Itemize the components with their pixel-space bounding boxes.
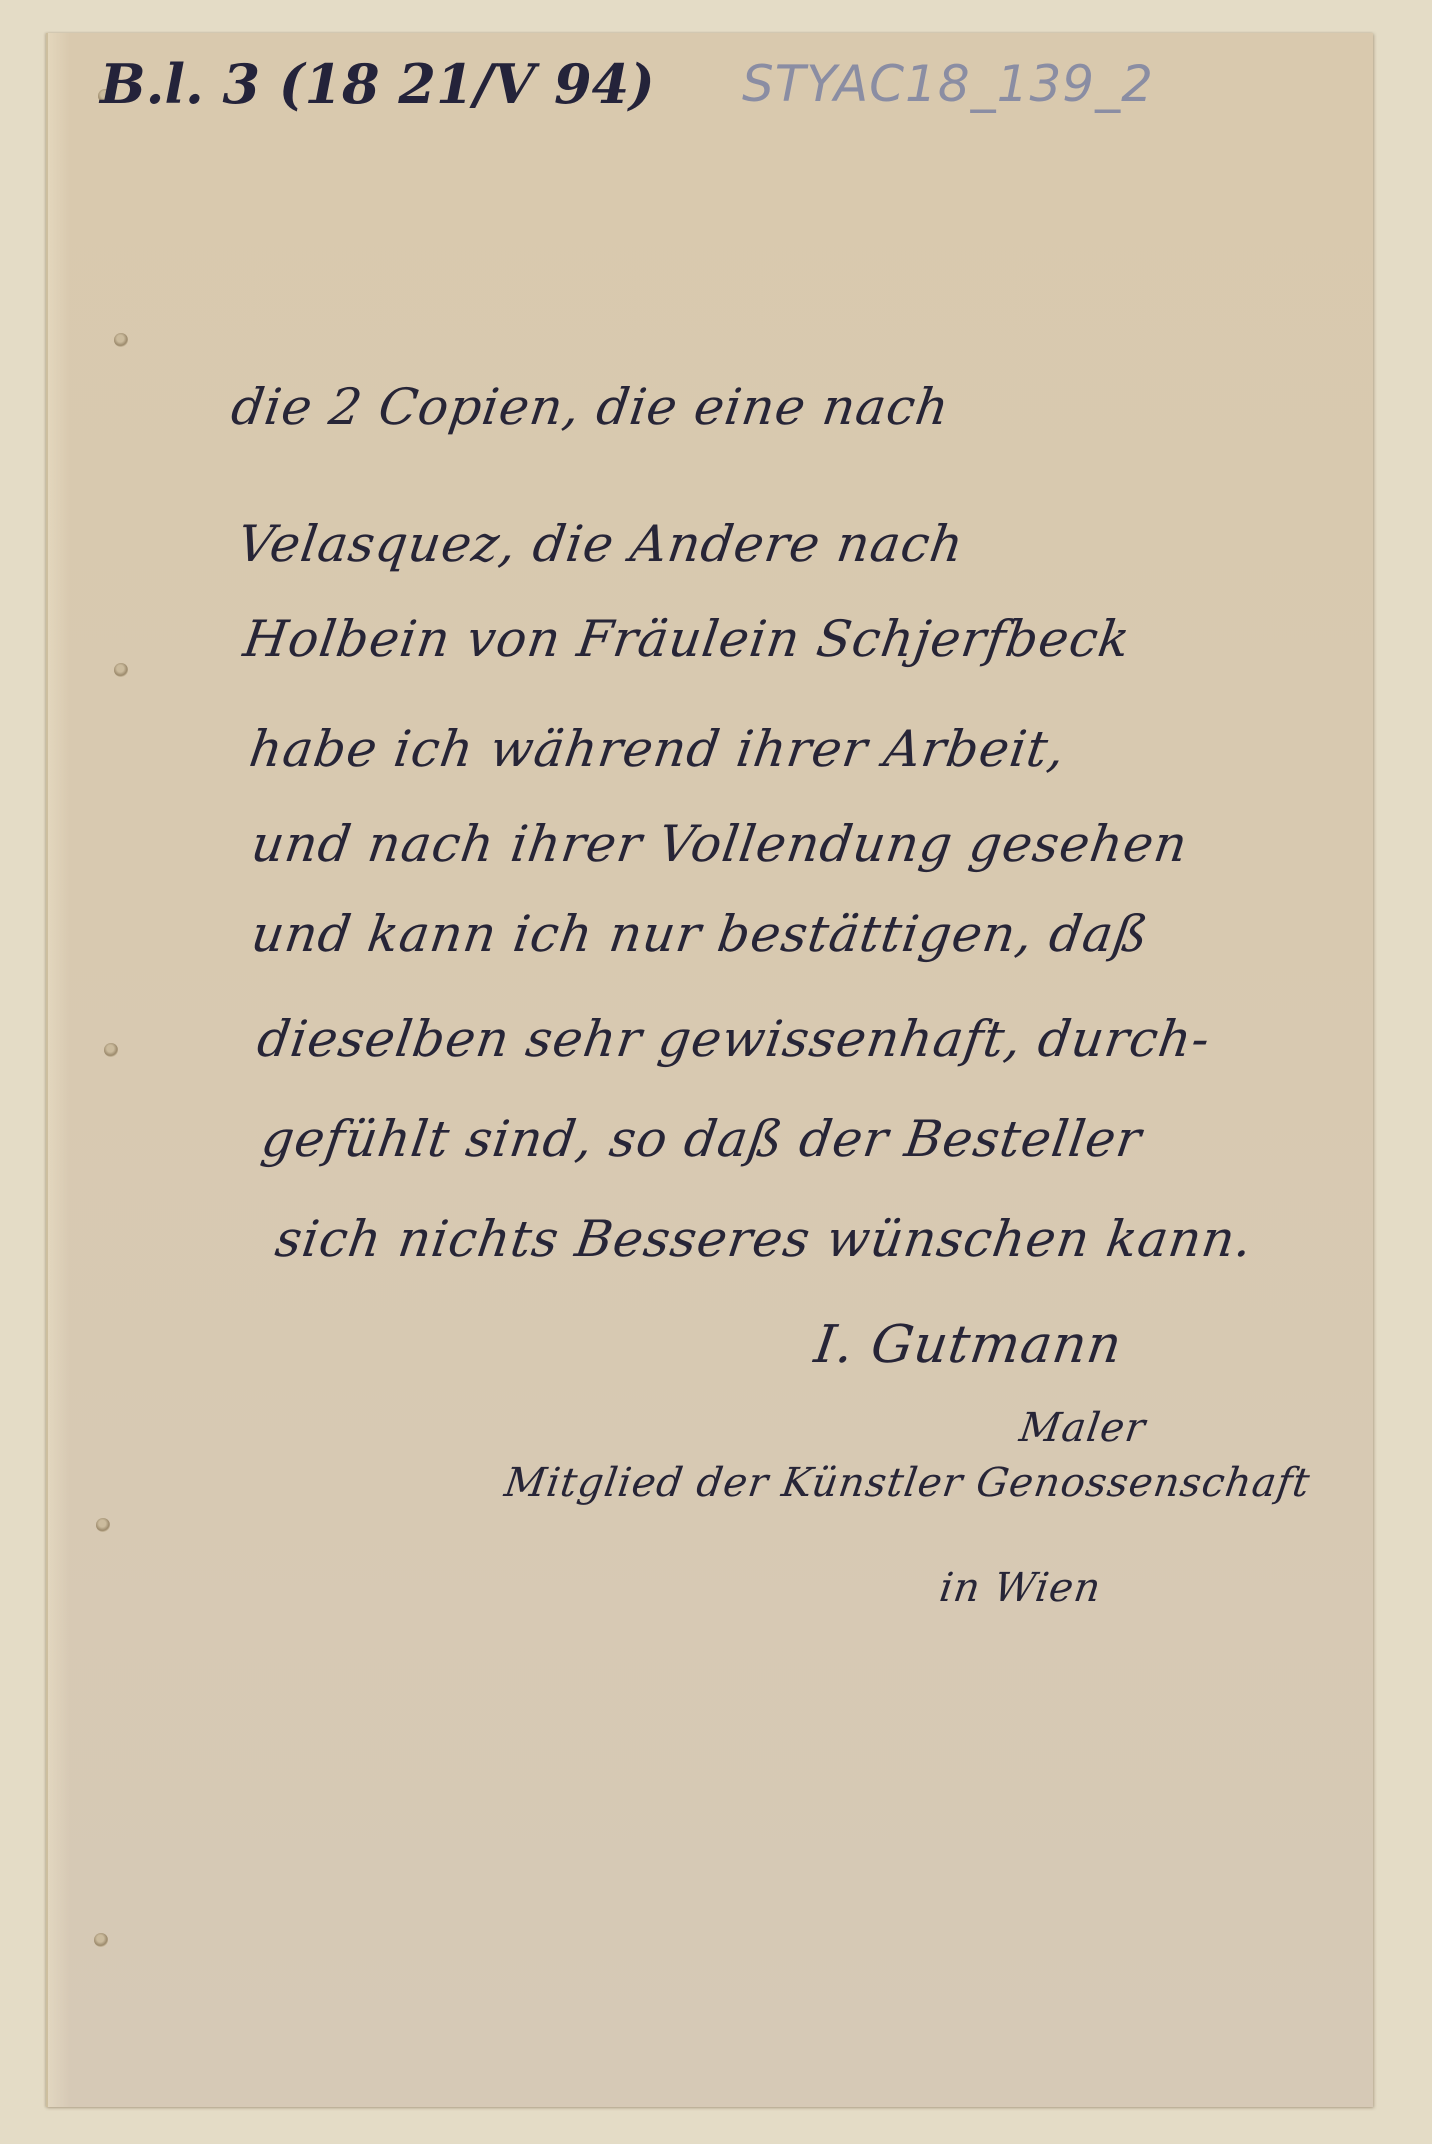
binding-hole-icon xyxy=(104,1043,118,1057)
letter-line: habe ich während ihrer Arbeit, xyxy=(246,720,1069,778)
signature-location: in Wien xyxy=(937,1565,1104,1611)
binding-hole-icon xyxy=(94,1933,108,1947)
archive-reference-ink: B.l. 3 (18 21/V 94) xyxy=(100,52,655,116)
letter-line: Holbein von Fräulein Schjerfbeck xyxy=(240,610,1134,668)
letter-line: sich nichts Besseres wünschen kann. xyxy=(272,1210,1256,1268)
letter-line: und nach ihrer Vollendung gesehen xyxy=(248,815,1192,873)
signature-name: I. Gutmann xyxy=(811,1315,1126,1375)
signature-title: Maler xyxy=(1017,1405,1149,1451)
letter-line: die 2 Copien, die eine nach xyxy=(228,378,953,436)
letter-line: Velasquez, die Andere nach xyxy=(234,515,968,573)
signature-affiliation: Mitglied der Künstler Genossenschaft xyxy=(502,1460,1313,1506)
archive-reference-pencil: STYAC18_139_2 xyxy=(742,55,1154,113)
binding-hole-icon xyxy=(96,1518,110,1532)
binding-hole-icon xyxy=(114,663,128,677)
letter-line: dieselben sehr gewissenhaft, durch- xyxy=(254,1010,1214,1068)
letter-line: gefühlt sind, so daß der Besteller xyxy=(258,1110,1146,1168)
letter-line: und kann ich nur bestättigen, daß xyxy=(248,905,1152,963)
letter-page xyxy=(46,33,1373,2107)
binding-hole-icon xyxy=(114,333,128,347)
